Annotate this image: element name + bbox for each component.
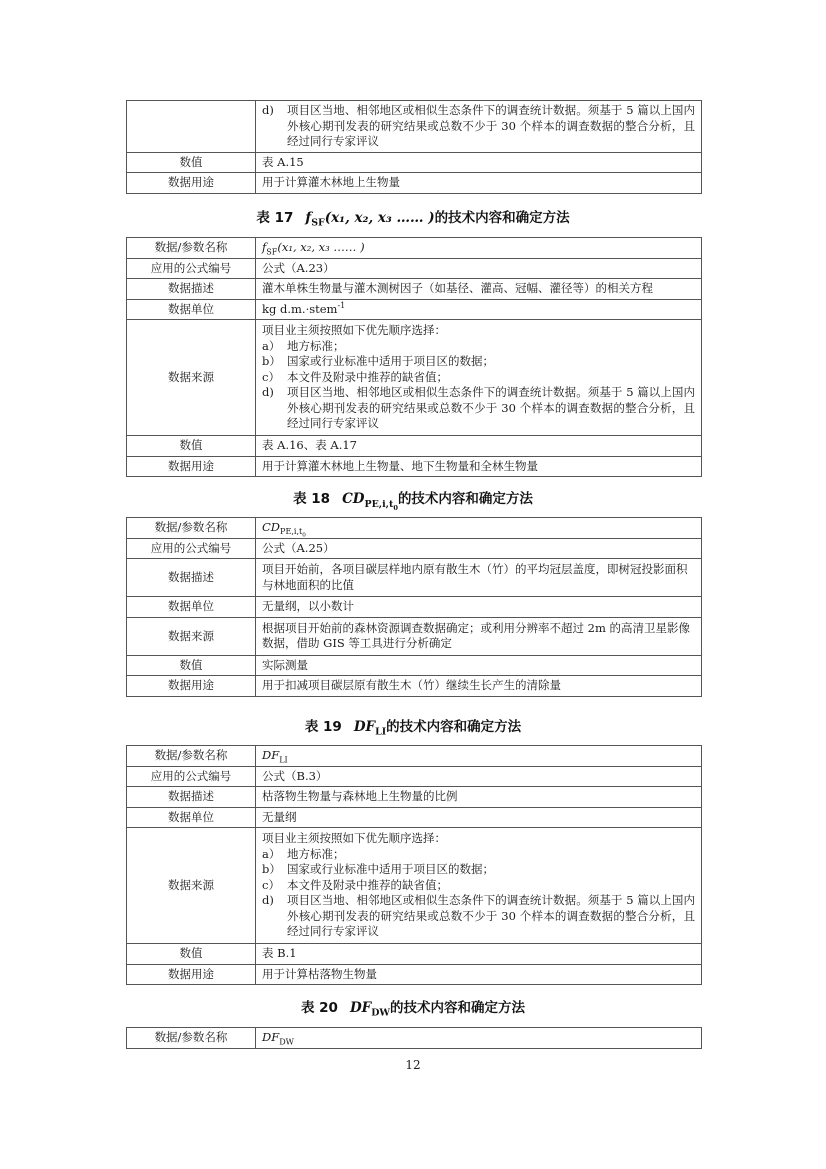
name-cell: CDPE,i,t0 <box>256 518 702 539</box>
usage-cell: 用于扣减项目碳层原有散生木（竹）继续生长产生的清除量 <box>256 676 702 697</box>
source-cell: 项目业主须按照如下优先顺序选择： a）地方标准； b）国家或行业标准中适用于项目… <box>256 320 702 436</box>
usage-cell: 用于计算灌木林地上生物量 <box>256 173 702 194</box>
table-row: 数据描述 枯落物生物量与森林地上生物量的比例 <box>127 787 702 808</box>
row-label: 数据用途 <box>127 964 256 985</box>
name-cell: DFDW <box>256 1028 702 1049</box>
row-label: 数值 <box>127 655 256 676</box>
unit-cell: 无量纲，以小数计 <box>256 597 702 618</box>
table-20: 数据/参数名称 DFDW <box>126 1027 702 1049</box>
table-row: 数据描述 项目开始前，各项目碳层样地内原有散生木（竹）的平均冠层盖度，即树冠投影… <box>127 559 702 597</box>
table-18-caption: 表 18CDPE,i,t0的技术内容和确定方法 <box>0 487 826 508</box>
table-row: 数据来源 根据项目开始前的森林资源调查数据确定；或利用分辨率不超过 2m 的高清… <box>127 617 702 655</box>
table-19-caption: 表 19DFLI的技术内容和确定方法 <box>0 715 826 735</box>
table-row: 数据描述 灌木单株生物量与灌木测树因子（如基径、灌高、冠幅、灌径等）的相关方程 <box>127 279 702 300</box>
table-row: 数据/参数名称 CDPE,i,t0 <box>127 518 702 539</box>
table-row: 数据用途 用于计算枯落物生物量 <box>127 964 702 985</box>
table-20-caption: 表 20DFDW的技术内容和确定方法 <box>0 996 826 1016</box>
desc-cell: 灌木单株生物量与灌木测树因子（如基径、灌高、冠幅、灌径等）的相关方程 <box>256 279 702 300</box>
row-label: 数据描述 <box>127 279 256 300</box>
math-symbol: DFLI <box>354 719 386 735</box>
name-cell: fSF(x₁, x₂, x₃ …… ) <box>256 238 702 259</box>
row-label: 应用的公式编号 <box>127 766 256 787</box>
row-label: 数据描述 <box>127 559 256 597</box>
table-row: 数据用途 用于扣减项目碳层原有散生木（竹）继续生长产生的清除量 <box>127 676 702 697</box>
list-item: a）地方标准； <box>262 847 695 863</box>
value-cell: 表 A.15 <box>256 152 702 173</box>
unit-cell: 无量纲 <box>256 807 702 828</box>
row-label: 数据/参数名称 <box>127 1028 256 1049</box>
math-symbol: fSF(x₁, x₂, x₃ …… ) <box>305 210 434 226</box>
row-label: 数值 <box>127 152 256 173</box>
value-cell: 表 B.1 <box>256 944 702 965</box>
table-row: 数据单位 无量纲，以小数计 <box>127 597 702 618</box>
name-cell: DFLI <box>256 746 702 767</box>
page-number: 12 <box>0 1058 826 1072</box>
table-row: 数据用途 用于计算灌木林地上生物量 <box>127 173 702 194</box>
value-cell: 实际测量 <box>256 655 702 676</box>
row-label: 数据用途 <box>127 456 256 477</box>
table-row: 应用的公式编号 公式（A.25） <box>127 538 702 559</box>
table-18: 数据/参数名称 CDPE,i,t0 应用的公式编号 公式（A.25） 数据描述 … <box>126 517 702 697</box>
desc-cell: 项目开始前，各项目碳层样地内原有散生木（竹）的平均冠层盖度，即树冠投影面积与林地… <box>256 559 702 597</box>
row-label: 数据/参数名称 <box>127 238 256 259</box>
table-row: 数据来源 项目业主须按照如下优先顺序选择： a）地方标准； b）国家或行业标准中… <box>127 320 702 436</box>
source-list: a）地方标准； b）国家或行业标准中适用于项目区的数据； c）本文件及附录中推荐… <box>262 339 695 432</box>
table-row: 数据/参数名称 DFLI <box>127 746 702 767</box>
formula-cell: 公式（A.25） <box>256 538 702 559</box>
formula-cell: 公式（B.3） <box>256 766 702 787</box>
table-row: 数值 实际测量 <box>127 655 702 676</box>
table-row: 数值 表 B.1 <box>127 944 702 965</box>
table-16-continued: d) 项目区当地、相邻地区或相似生态条件下的调查统计数据。须基于 5 篇以上国内… <box>126 100 702 194</box>
list-item: d) 项目区当地、相邻地区或相似生态条件下的调查统计数据。须基于 5 篇以上国内… <box>262 103 695 150</box>
list-item: d)项目区当地、相邻地区或相似生态条件下的调查统计数据。须基于 5 篇以上国内外… <box>262 385 695 432</box>
row-label: 数据用途 <box>127 676 256 697</box>
math-symbol: CDPE,i,t0 <box>342 491 398 507</box>
list-item: d)项目区当地、相邻地区或相似生态条件下的调查统计数据。须基于 5 篇以上国内外… <box>262 893 695 940</box>
table-row: 数值 表 A.15 <box>127 152 702 173</box>
row-label: 数值 <box>127 944 256 965</box>
source-cell: 根据项目开始前的森林资源调查数据确定；或利用分辨率不超过 2m 的高清卫星影像数… <box>256 617 702 655</box>
table-row: 数值 表 A.16、表 A.17 <box>127 436 702 457</box>
source-list: a）地方标准； b）国家或行业标准中适用于项目区的数据； c）本文件及附录中推荐… <box>262 847 695 940</box>
row-label: 数据/参数名称 <box>127 518 256 539</box>
list-item: c）本文件及附录中推荐的缺省值； <box>262 370 695 386</box>
row-label: 数据单位 <box>127 807 256 828</box>
row-label: 数据来源 <box>127 320 256 436</box>
table-row: 数据单位 无量纲 <box>127 807 702 828</box>
row-label: 应用的公式编号 <box>127 258 256 279</box>
row-label: 数据/参数名称 <box>127 746 256 767</box>
row-label: 数据单位 <box>127 299 256 320</box>
row-label: 数据来源 <box>127 617 256 655</box>
formula-cell: 公式（A.23） <box>256 258 702 279</box>
math-symbol: DFDW <box>350 1000 390 1016</box>
table-17: 数据/参数名称 fSF(x₁, x₂, x₃ …… ) 应用的公式编号 公式（A… <box>126 237 702 477</box>
table-row: 数据/参数名称 DFDW <box>127 1028 702 1049</box>
table-row: 应用的公式编号 公式（B.3） <box>127 766 702 787</box>
table-17-caption: 表 17fSF(x₁, x₂, x₃ …… )的技术内容和确定方法 <box>0 206 826 226</box>
list-item: b）国家或行业标准中适用于项目区的数据； <box>262 862 695 878</box>
table-19: 数据/参数名称 DFLI 应用的公式编号 公式（B.3） 数据描述 枯落物生物量… <box>126 745 702 985</box>
table-row: 数据来源 项目业主须按照如下优先顺序选择： a）地方标准； b）国家或行业标准中… <box>127 828 702 944</box>
table-row: 数据用途 用于计算灌木林地上生物量、地下生物量和全林生物量 <box>127 456 702 477</box>
table-row: d) 项目区当地、相邻地区或相似生态条件下的调查统计数据。须基于 5 篇以上国内… <box>127 101 702 153</box>
row-label: 数据描述 <box>127 787 256 808</box>
table-row: 数据/参数名称 fSF(x₁, x₂, x₃ …… ) <box>127 238 702 259</box>
row-label: 应用的公式编号 <box>127 538 256 559</box>
list-item: b）国家或行业标准中适用于项目区的数据； <box>262 354 695 370</box>
unit-cell: kg d.m.·stem-1 <box>256 299 702 320</box>
list-item: c）本文件及附录中推荐的缺省值； <box>262 878 695 894</box>
source-cell: d) 项目区当地、相邻地区或相似生态条件下的调查统计数据。须基于 5 篇以上国内… <box>256 101 702 153</box>
source-cell: 项目业主须按照如下优先顺序选择： a）地方标准； b）国家或行业标准中适用于项目… <box>256 828 702 944</box>
table-row: 应用的公式编号 公式（A.23） <box>127 258 702 279</box>
list-item: a）地方标准； <box>262 339 695 355</box>
row-label: 数值 <box>127 436 256 457</box>
row-label-empty <box>127 101 256 153</box>
usage-cell: 用于计算枯落物生物量 <box>256 964 702 985</box>
row-label: 数据用途 <box>127 173 256 194</box>
row-label: 数据单位 <box>127 597 256 618</box>
value-cell: 表 A.16、表 A.17 <box>256 436 702 457</box>
desc-cell: 枯落物生物量与森林地上生物量的比例 <box>256 787 702 808</box>
row-label: 数据来源 <box>127 828 256 944</box>
table-row: 数据单位 kg d.m.·stem-1 <box>127 299 702 320</box>
usage-cell: 用于计算灌木林地上生物量、地下生物量和全林生物量 <box>256 456 702 477</box>
source-list: d) 项目区当地、相邻地区或相似生态条件下的调查统计数据。须基于 5 篇以上国内… <box>262 103 695 150</box>
